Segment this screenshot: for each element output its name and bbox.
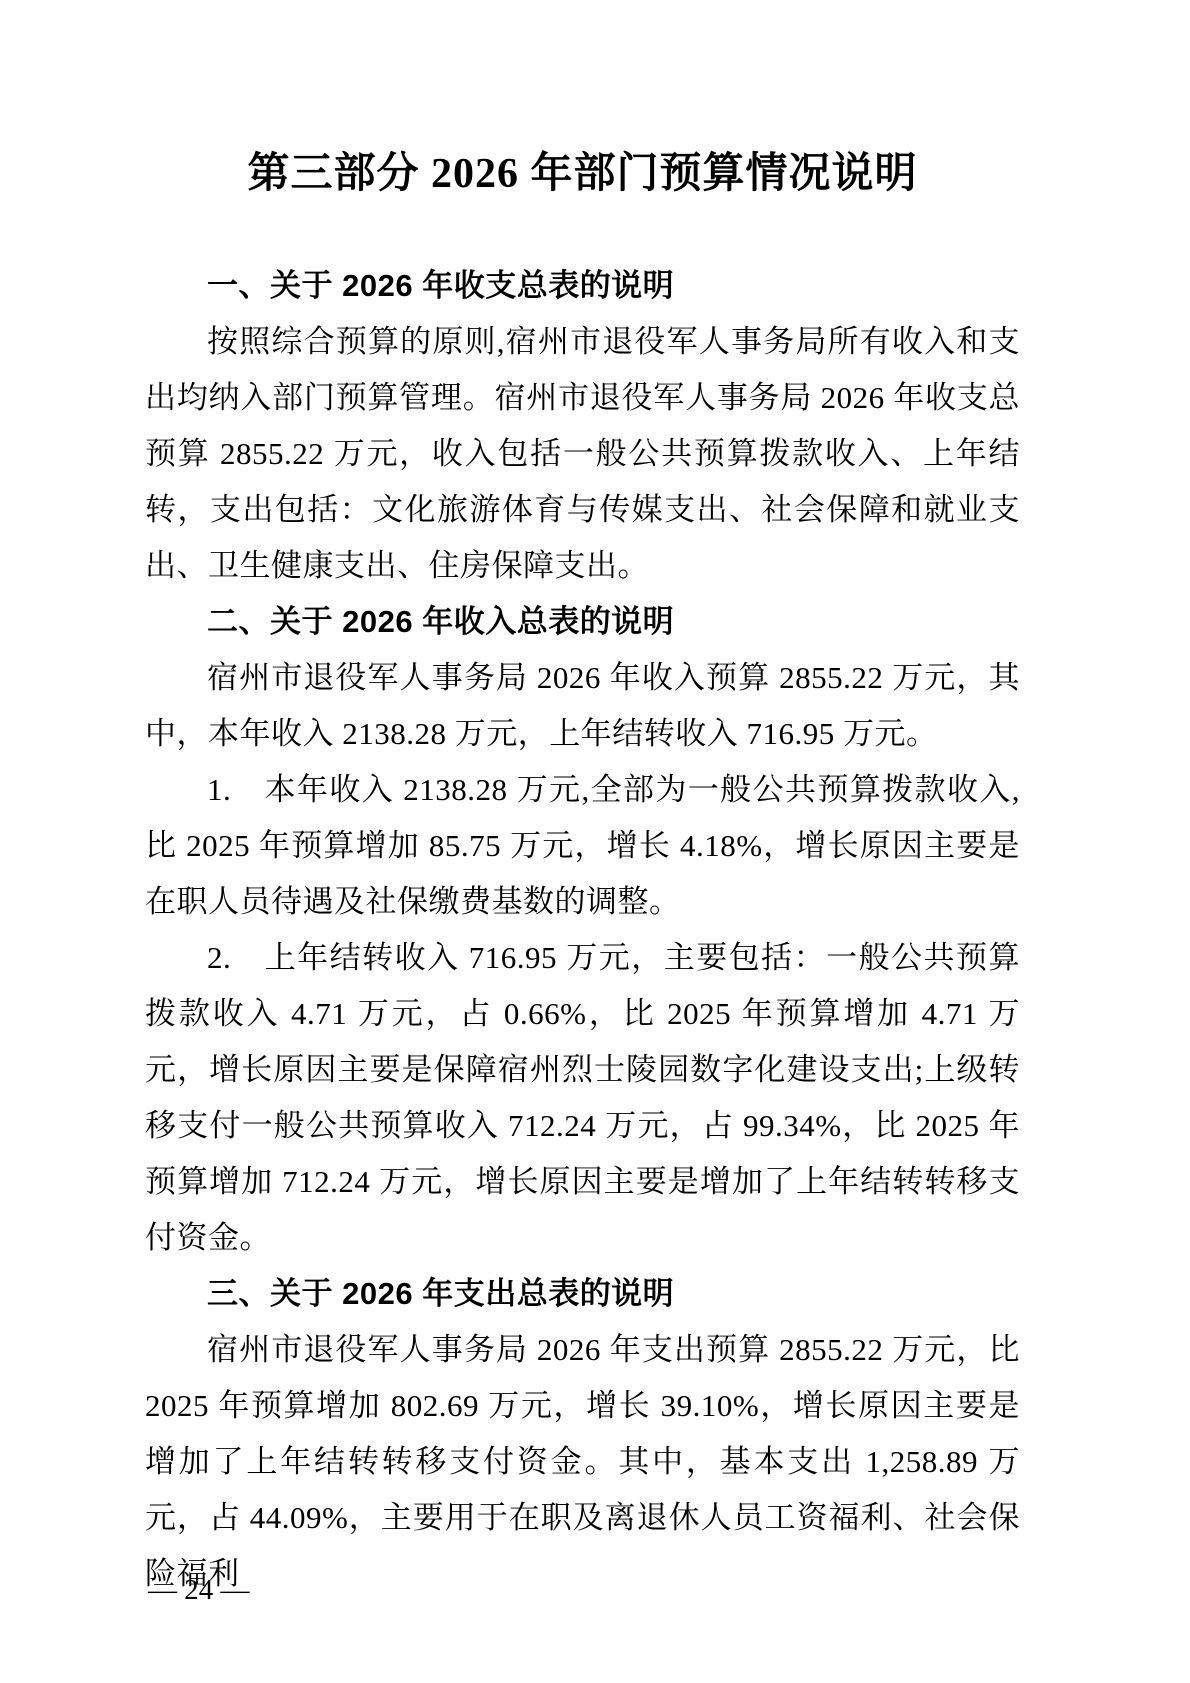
para-income-item-2: 2. 上年结转收入 716.95 万元，主要包括：一般公共预算拨款收入 4.71… <box>145 930 1020 1266</box>
para-budget-overview: 按照综合预算的原则,宿州市退役军人事务局所有收入和支出均纳入部门预算管理。宿州市… <box>145 314 1020 594</box>
page-number: — 24 — <box>148 1562 250 1618</box>
document-body: 第三部分 2026 年部门预算情况说明 一、关于 2026 年收支总表的说明 按… <box>145 146 1020 1602</box>
para-expenditure-intro: 宿州市退役军人事务局 2026 年支出预算 2855.22 万元，比 2025 … <box>145 1322 1020 1602</box>
para-income-item-1: 1. 本年收入 2138.28 万元,全部为一般公共预算拨款收入,比 2025 … <box>145 762 1020 930</box>
section-income: 二、关于 2026 年收入总表的说明 宿州市退役军人事务局 2026 年收入预算… <box>145 594 1020 1266</box>
para-income-intro: 宿州市退役军人事务局 2026 年收入预算 2855.22 万元，其中，本年收入… <box>145 650 1020 762</box>
document-title: 第三部分 2026 年部门预算情况说明 <box>145 146 1020 202</box>
section-1-heading: 一、关于 2026 年收支总表的说明 <box>145 258 1020 314</box>
section-3-heading: 三、关于 2026 年支出总表的说明 <box>145 1266 1020 1322</box>
section-expenditure: 三、关于 2026 年支出总表的说明 宿州市退役军人事务局 2026 年支出预算… <box>145 1266 1020 1602</box>
section-budget-overview: 一、关于 2026 年收支总表的说明 按照综合预算的原则,宿州市退役军人事务局所… <box>145 258 1020 594</box>
section-2-heading: 二、关于 2026 年收入总表的说明 <box>145 594 1020 650</box>
document-page: 第三部分 2026 年部门预算情况说明 一、关于 2026 年收支总表的说明 按… <box>0 0 1190 1683</box>
